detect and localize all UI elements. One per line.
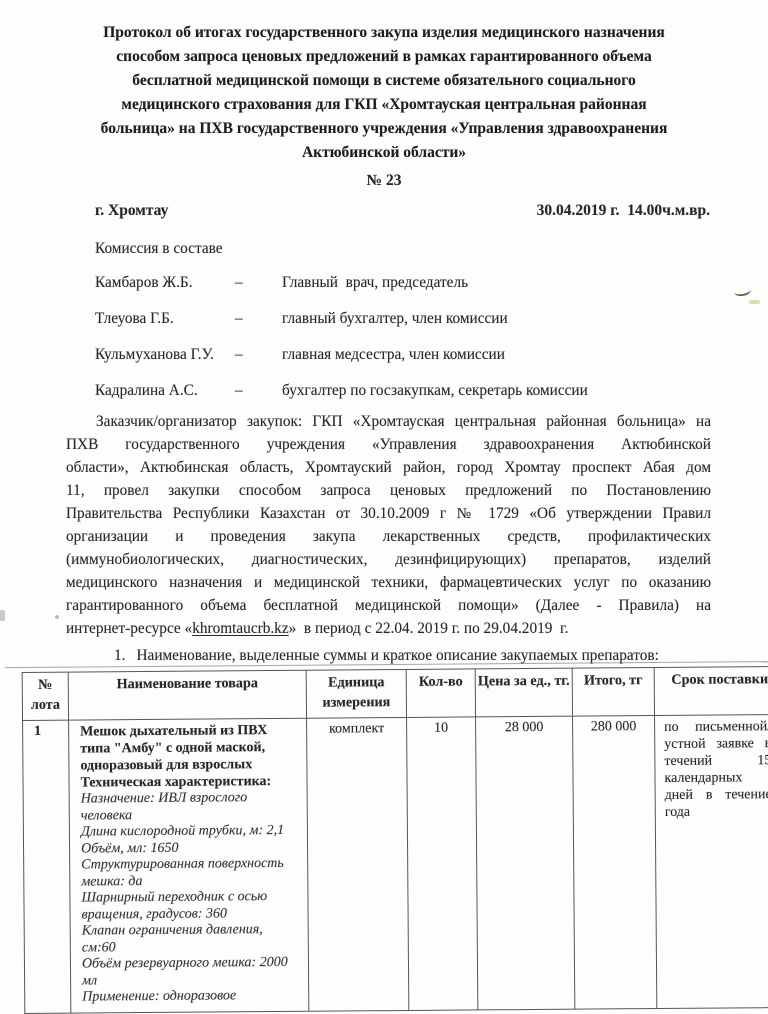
member-role: бухгалтер по госзакупкам, секретарь коми… bbox=[282, 381, 768, 400]
title-line: больница» на ПХВ государственного учрежд… bbox=[82, 117, 686, 141]
list-text: Наименование, выделенные суммы и краткое… bbox=[136, 647, 658, 664]
dash-separator: – bbox=[235, 309, 282, 328]
text-before-link: интернет-ресурсе « bbox=[66, 620, 192, 637]
member-name: Кадралина А.С. bbox=[95, 381, 235, 400]
commission-member-row: Кульмуханова Г.У. – главная медсестра, ч… bbox=[95, 345, 768, 364]
member-name: Камбаров Ж.Б. bbox=[95, 273, 235, 292]
document-number: № 23 bbox=[0, 171, 768, 191]
paragraph-line: гарантированного объема бесплатной медиц… bbox=[66, 594, 711, 617]
scan-dot-artifact bbox=[55, 615, 59, 619]
commission-member-row: Кадралина А.С. – бухгалтер по госзакупка… bbox=[95, 381, 768, 400]
dash-separator: – bbox=[235, 345, 282, 364]
cell-lot-number: 1 bbox=[23, 720, 71, 1013]
cell-delivery-term: по письменной/устной заявке в течений 15… bbox=[655, 715, 768, 1009]
city-label: г. Хромтау bbox=[95, 201, 168, 220]
table-header-row: № лота Наименование товара Единица измер… bbox=[22, 667, 768, 721]
paragraph-line: Правительства Республики Казахстан от 30… bbox=[66, 502, 711, 525]
title-line: способом запроса ценовых предложений в р… bbox=[82, 45, 686, 69]
scanned-document-page: Протокол об итогах государственного заку… bbox=[0, 0, 768, 1014]
commission-member-row: Камбаров Ж.Б. – Главный врач, председате… bbox=[95, 273, 768, 292]
procurement-table-wrap: № лота Наименование товара Единица измер… bbox=[22, 666, 768, 1013]
paragraph-line: области», Актюбинская область, Хромтауск… bbox=[66, 456, 711, 479]
spec-line: Шарнирный переходник с осью вращения, гр… bbox=[81, 889, 299, 924]
place-date-row: г. Хромтау 30.04.2019 г. 14.00ч.м.вр. bbox=[0, 201, 768, 220]
cell-product-description: Мешок дыхательный из ПВХ типа "Амбу" с о… bbox=[69, 718, 309, 1012]
title-line: Протокол об итогах государственного заку… bbox=[82, 21, 686, 45]
cell-quantity: 10 bbox=[407, 717, 478, 1010]
spec-line: Применение: одноразовое bbox=[82, 988, 300, 1006]
member-role: главный бухгалтер, член комиссии bbox=[282, 309, 768, 328]
spec-line: Клапан ограничения давления, см:60 bbox=[82, 922, 300, 957]
spec-line: Назначение: ИВЛ взрослого человека bbox=[81, 790, 299, 825]
paragraph-line: 11, провел закупки способом запроса цено… bbox=[66, 479, 711, 502]
title-line: бесплатной медицинской помощи в системе … bbox=[82, 69, 686, 93]
list-marker: 1. bbox=[114, 647, 125, 664]
col-header-lot-number: № лота bbox=[22, 672, 68, 720]
member-role: главная медсестра, член комиссии bbox=[282, 345, 768, 364]
body-paragraph: Заказчик/организатор закупок: ГКП «Хромт… bbox=[66, 410, 711, 640]
member-name: Кульмуханова Г.У. bbox=[95, 345, 235, 364]
col-header-quantity: Кол-во bbox=[406, 669, 475, 718]
spec-line: Объём резервуарного мешка: 2000 мл bbox=[82, 955, 300, 990]
dash-separator: – bbox=[235, 273, 282, 292]
dash-separator: – bbox=[235, 381, 282, 400]
col-header-product-name: Наименование товара bbox=[68, 670, 306, 720]
cell-unit-price: 28 000 bbox=[476, 716, 575, 1009]
highlighter-speck bbox=[749, 300, 760, 304]
website-link-text: khromtaucrb.kz bbox=[192, 620, 288, 637]
commission-list: Камбаров Ж.Б. – Главный врач, председате… bbox=[95, 273, 768, 400]
paragraph-line: (иммунобиологических, диагностических, д… bbox=[66, 548, 711, 571]
table-row: 1 Мешок дыхательный из ПВХ типа "Амбу" с… bbox=[23, 715, 768, 1013]
paragraph-last-line: интернет-ресурсе «khromtaucrb.kz» в пери… bbox=[66, 617, 711, 640]
spec-line: Длина кислородной трубки, м: 2,1 bbox=[81, 823, 299, 841]
text-after-link: » в период с 22.04. 2019 г. по 29.04.201… bbox=[289, 620, 569, 637]
product-name: Мешок дыхательный из ПВХ типа "Амбу" с о… bbox=[80, 722, 298, 775]
scan-edge-mark bbox=[0, 610, 5, 621]
col-header-total: Итого, тг bbox=[572, 668, 654, 717]
title-line: Актюбинской области» bbox=[82, 141, 686, 165]
cell-total: 280 000 bbox=[573, 716, 657, 1009]
member-role: Главный врач, председатель bbox=[282, 273, 768, 292]
commission-heading: Комиссия в составе bbox=[95, 239, 768, 258]
col-header-delivery-term: Срок поставки bbox=[654, 667, 768, 716]
title-line: медицинского страхования для ГКП «Хромта… bbox=[82, 93, 686, 117]
member-name: Тлеуова Г.Б. bbox=[95, 309, 235, 328]
spec-line: Объём, мл: 1650 bbox=[81, 839, 299, 857]
spec-line: Структурированная поверхность мешка: да bbox=[81, 856, 299, 891]
commission-member-row: Тлеуова Г.Б. – главный бухгалтер, член к… bbox=[95, 309, 768, 328]
procurement-table: № лота Наименование товара Единица измер… bbox=[22, 666, 768, 1013]
col-header-unit-price: Цена за ед., тг. bbox=[475, 668, 572, 717]
cell-unit: комплект bbox=[307, 717, 409, 1010]
datetime-label: 30.04.2019 г. 14.00ч.м.вр. bbox=[537, 201, 710, 220]
paragraph-line: медицинского назначения и медицинской те… bbox=[66, 571, 711, 594]
paragraph-line: организации и проведения закупа лекарств… bbox=[66, 525, 711, 548]
col-header-unit: Единица измерения bbox=[306, 669, 406, 718]
paragraph-line: Заказчик/организатор закупок: ГКП «Хромт… bbox=[66, 410, 711, 433]
paragraph-line: ПХВ государственного учреждения «Управле… bbox=[66, 433, 711, 456]
document-title: Протокол об итогах государственного заку… bbox=[82, 21, 686, 165]
tech-spec-label: Техническая характеристика: bbox=[80, 773, 298, 792]
